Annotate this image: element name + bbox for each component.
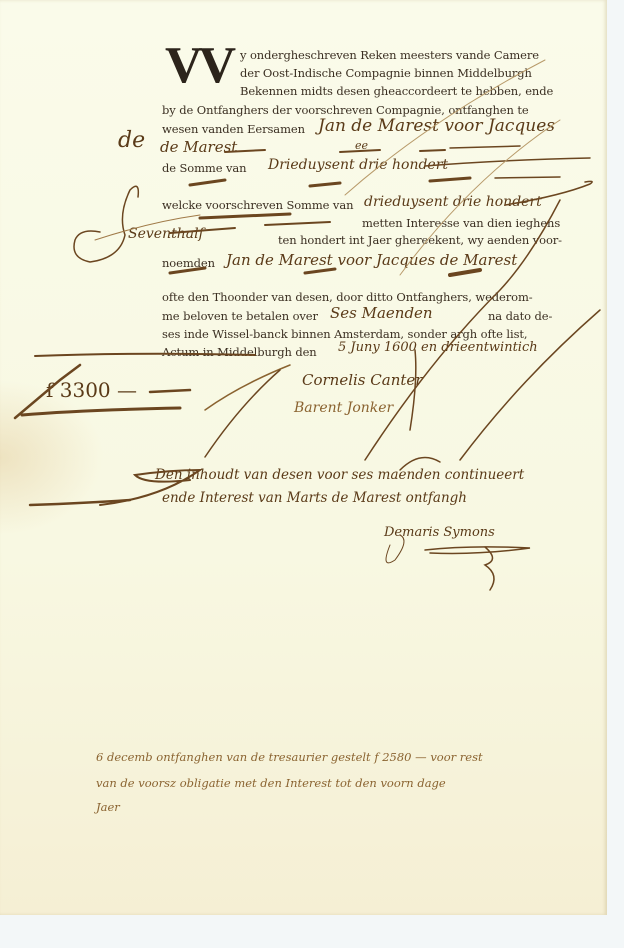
handwritten-payee-1: Jan de Marest voor Jacques — [318, 116, 555, 136]
note-line-2: van de voorsz obligatie met den Interest… — [96, 776, 446, 790]
printed-line-14: Actum in Middelburgh den — [162, 345, 317, 359]
note-line-1: 6 decemb ontfanghen van de tresaurier ge… — [96, 750, 483, 764]
printed-line-2: der Oost-Indische Compagnie binnen Midde… — [240, 66, 532, 80]
handwritten-margin-de: de — [118, 128, 145, 153]
printed-line-12b: na dato de- — [488, 309, 552, 323]
printed-line-5: wesen vanden Eersamen — [162, 122, 305, 136]
printed-line-7: welcke voorschreven Somme van — [162, 198, 353, 212]
handwritten-payee-2: Jan de Marest voor Jacques de Marest — [226, 251, 517, 269]
note-line-3: Jaer — [96, 800, 120, 814]
handwritten-amount-1: Drieduysent drie hondert — [268, 157, 448, 173]
printed-line-6: de Somme van — [162, 161, 246, 175]
handwritten-date: 5 Juny 1600 en drieentwintich — [338, 340, 538, 355]
drop-cap: VV — [165, 44, 232, 88]
printed-line-10: noemden — [162, 256, 215, 270]
handwritten-amount-2: drieduysent drie hondert — [364, 194, 542, 210]
printed-line-4: by de Ontfanghers der voorschreven Compa… — [162, 103, 529, 117]
handwritten-amount-superscript: ee — [355, 139, 368, 152]
printed-line-13: ses inde Wissel-banck binnen Amsterdam, … — [162, 327, 527, 341]
handwritten-sum-margin: f 3300 — — [46, 378, 137, 402]
endorsement-line-1: Den inhoudt van desen voor ses maenden c… — [155, 467, 524, 483]
handwritten-term: Ses Maenden — [330, 304, 433, 322]
printed-line-1: y ondergheschreven Reken meesters vande … — [240, 48, 539, 62]
printed-line-9: ten hondert int Jaer ghereekent, wy aend… — [278, 233, 562, 247]
handwritten-payee-1-cont: de Marest — [160, 138, 237, 156]
signature-1: Cornelis Canter — [302, 371, 422, 389]
printed-line-11: ofte den Thoonder van desen, door ditto … — [162, 290, 533, 304]
printed-line-12a: me beloven te betalen over — [162, 309, 318, 323]
printed-line-3: Bekennen midts desen gheaccordeert te he… — [240, 84, 553, 98]
printed-line-8: metten Interesse van dien ieghens — [362, 216, 560, 230]
signature-2: Barent Jonker — [294, 400, 393, 416]
endorsement-line-2: ende Interest van Marts de Marest ontfan… — [162, 490, 467, 506]
handwritten-rate-margin: Seventhalf — [128, 226, 204, 242]
endorsement-signature: Demaris Symons — [384, 525, 495, 540]
